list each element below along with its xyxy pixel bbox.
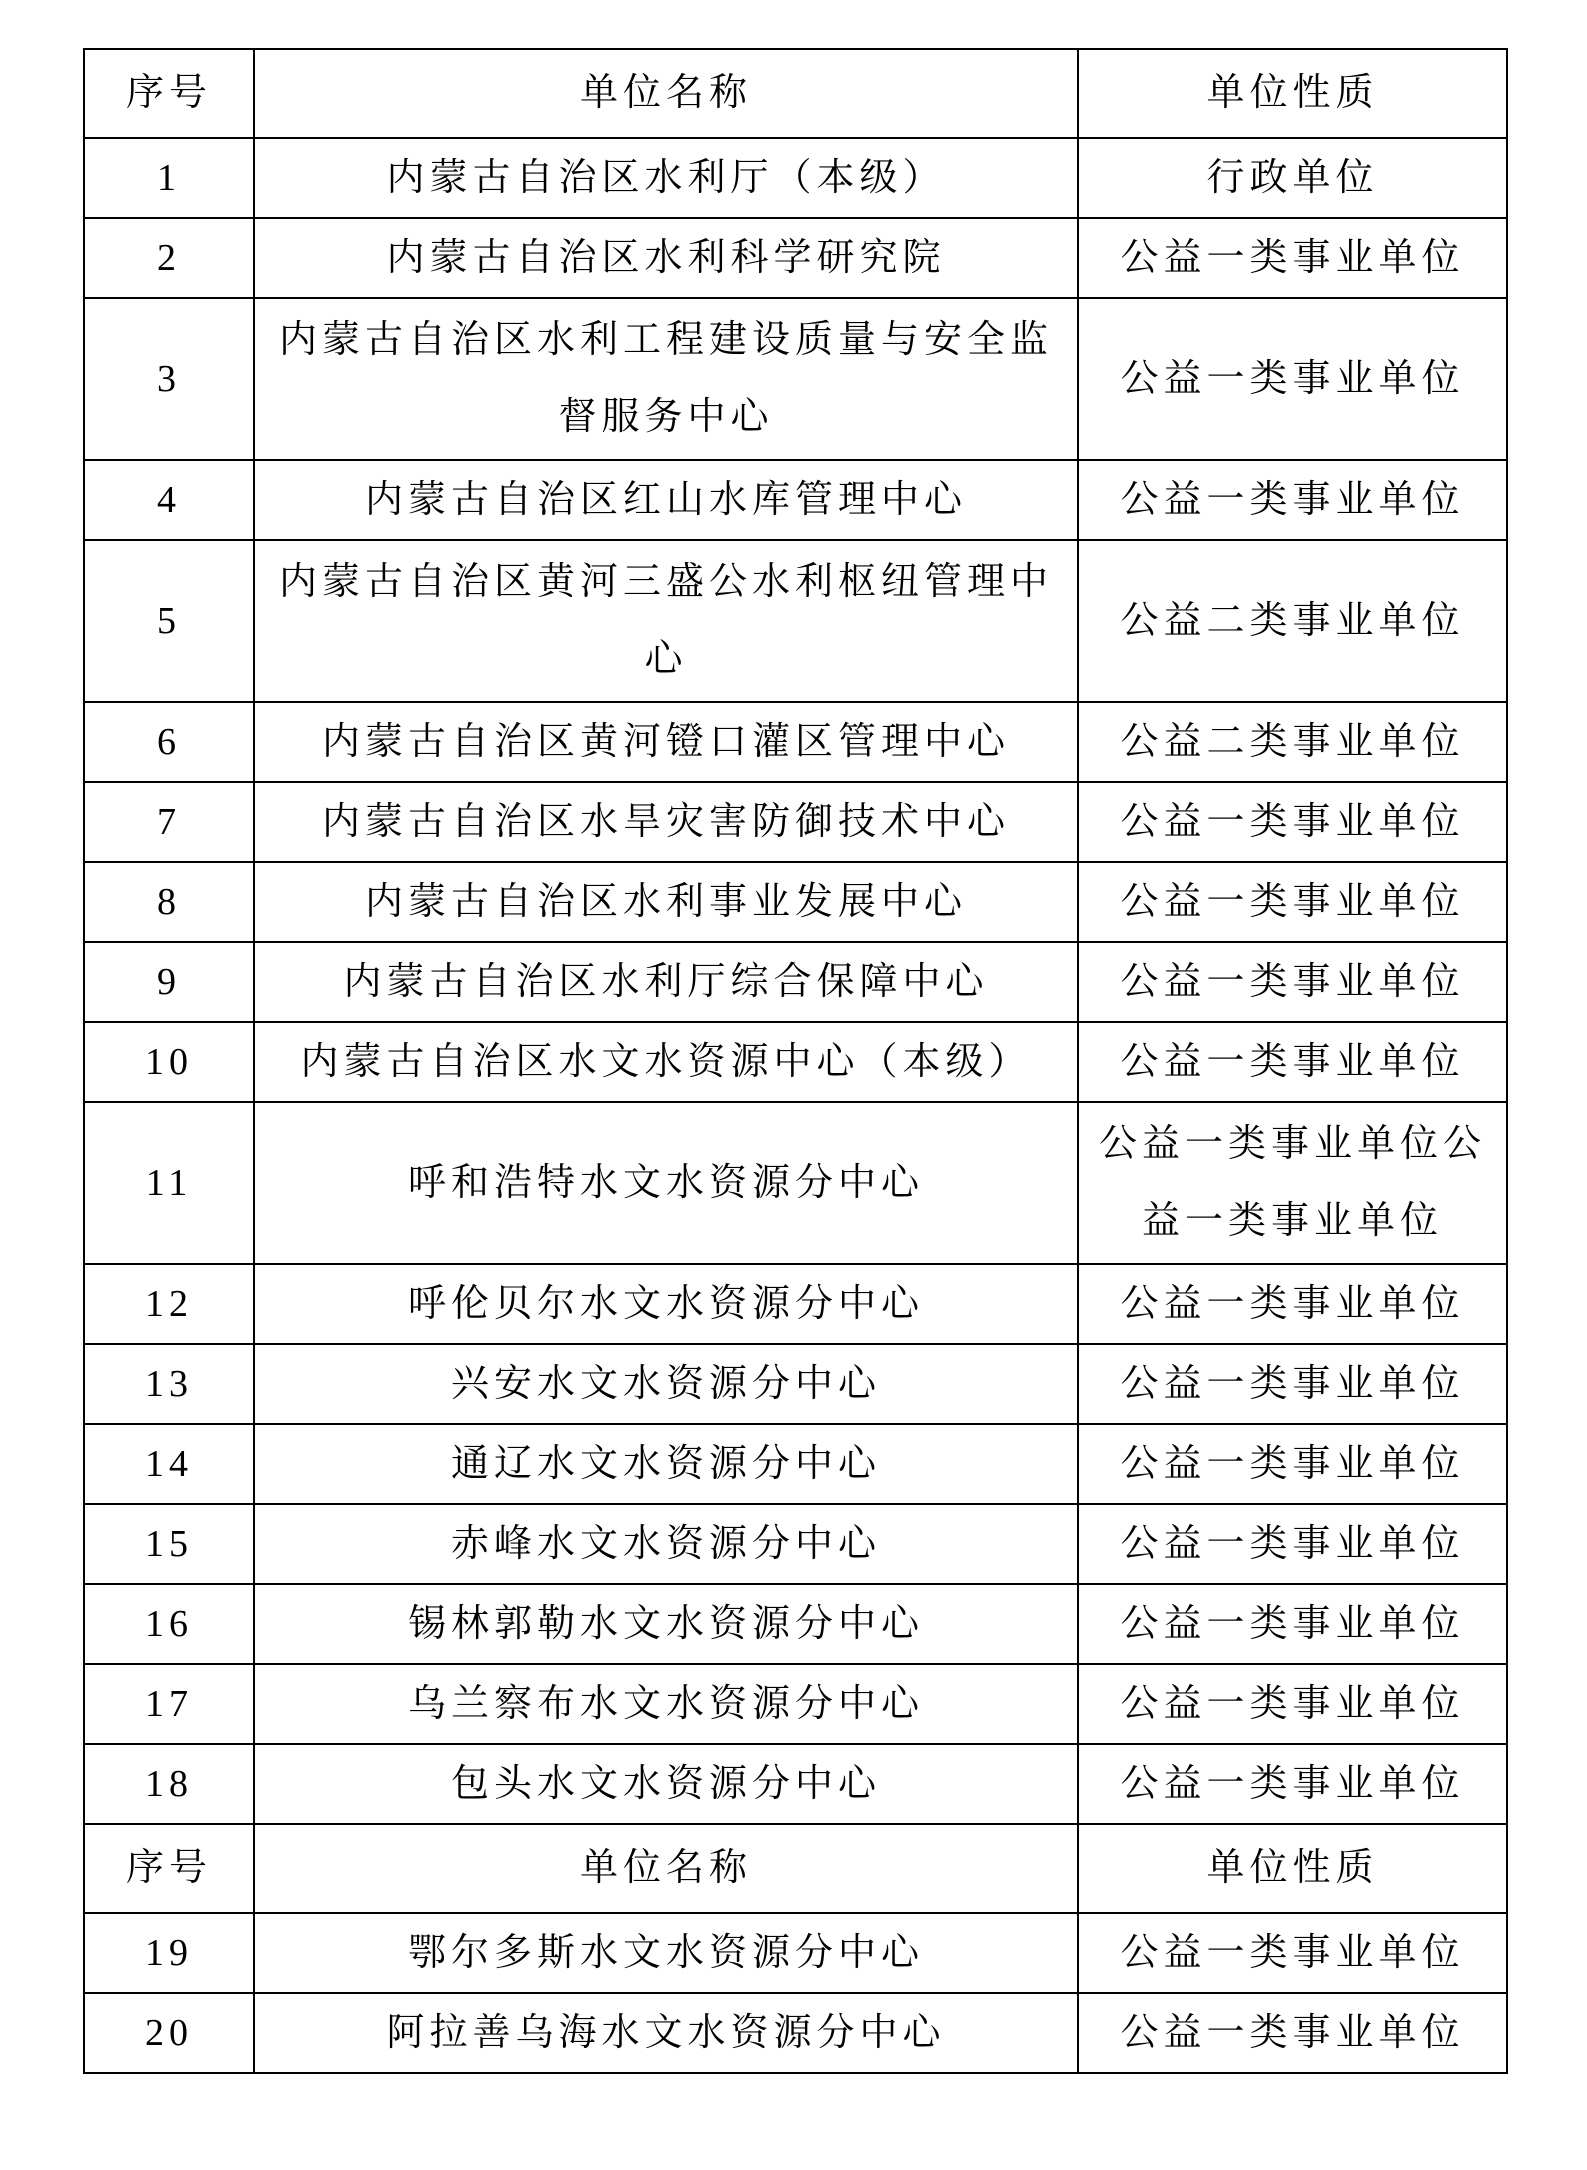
- cell-no: 10: [84, 1022, 254, 1102]
- cell-name: 锡林郭勒水文水资源分中心: [254, 1584, 1078, 1664]
- cell-no: 4: [84, 460, 254, 540]
- cell-no: 20: [84, 1993, 254, 2073]
- units-table: 序号单位名称单位性质1内蒙古自治区水利厅（本级）行政单位2内蒙古自治区水利科学研…: [83, 48, 1508, 2074]
- table-row: 5内蒙古自治区黄河三盛公水利枢纽管理中 心公益二类事业单位: [84, 540, 1507, 702]
- cell-nature: 公益一类事业单位: [1078, 1913, 1507, 1993]
- header-cell-name: 单位名称: [254, 49, 1078, 138]
- table-row: 19鄂尔多斯水文水资源分中心公益一类事业单位: [84, 1913, 1507, 1993]
- cell-nature: 公益一类事业单位: [1078, 1504, 1507, 1584]
- cell-name: 内蒙古自治区水利厅综合保障中心: [254, 942, 1078, 1022]
- table-row: 9内蒙古自治区水利厅综合保障中心公益一类事业单位: [84, 942, 1507, 1022]
- cell-nature: 行政单位: [1078, 138, 1507, 218]
- cell-name: 赤峰水文水资源分中心: [254, 1504, 1078, 1584]
- header-cell-no: 序号: [84, 49, 254, 138]
- table-row: 7内蒙古自治区水旱灾害防御技术中心公益一类事业单位: [84, 782, 1507, 862]
- cell-no: 11: [84, 1102, 254, 1264]
- cell-no: 19: [84, 1913, 254, 1993]
- cell-nature: 公益一类事业单位: [1078, 1424, 1507, 1504]
- cell-no: 9: [84, 942, 254, 1022]
- cell-nature: 公益一类事业单位: [1078, 218, 1507, 298]
- cell-no: 2: [84, 218, 254, 298]
- cell-name: 内蒙古自治区水利事业发展中心: [254, 862, 1078, 942]
- cell-nature: 公益一类事业单位: [1078, 1344, 1507, 1424]
- cell-name: 包头水文水资源分中心: [254, 1744, 1078, 1824]
- cell-no: 13: [84, 1344, 254, 1424]
- cell-name: 乌兰察布水文水资源分中心: [254, 1664, 1078, 1744]
- cell-name: 通辽水文水资源分中心: [254, 1424, 1078, 1504]
- cell-nature: 公益一类事业单位: [1078, 1022, 1507, 1102]
- cell-nature: 公益一类事业单位: [1078, 460, 1507, 540]
- cell-name: 阿拉善乌海水文水资源分中心: [254, 1993, 1078, 2073]
- cell-nature: 公益一类事业单位: [1078, 1584, 1507, 1664]
- cell-nature: 公益一类事业单位: [1078, 782, 1507, 862]
- cell-name: 内蒙古自治区红山水库管理中心: [254, 460, 1078, 540]
- table-row: 17乌兰察布水文水资源分中心公益一类事业单位: [84, 1664, 1507, 1744]
- cell-name: 内蒙古自治区水利工程建设质量与安全监 督服务中心: [254, 298, 1078, 460]
- table-row: 4内蒙古自治区红山水库管理中心公益一类事业单位: [84, 460, 1507, 540]
- table-row: 12呼伦贝尔水文水资源分中心公益一类事业单位: [84, 1264, 1507, 1344]
- cell-nature: 公益一类事业单位: [1078, 1264, 1507, 1344]
- table-row: 8内蒙古自治区水利事业发展中心公益一类事业单位: [84, 862, 1507, 942]
- table-row: 15赤峰水文水资源分中心公益一类事业单位: [84, 1504, 1507, 1584]
- table-row: 6内蒙古自治区黄河镫口灌区管理中心公益二类事业单位: [84, 702, 1507, 782]
- cell-no: 6: [84, 702, 254, 782]
- header-cell-no: 序号: [84, 1824, 254, 1913]
- table-row: 18包头水文水资源分中心公益一类事业单位: [84, 1744, 1507, 1824]
- cell-name: 内蒙古自治区水旱灾害防御技术中心: [254, 782, 1078, 862]
- cell-name: 内蒙古自治区黄河镫口灌区管理中心: [254, 702, 1078, 782]
- cell-name: 内蒙古自治区水文水资源中心（本级）: [254, 1022, 1078, 1102]
- cell-nature: 公益一类事业单位: [1078, 942, 1507, 1022]
- cell-name: 鄂尔多斯水文水资源分中心: [254, 1913, 1078, 1993]
- cell-no: 7: [84, 782, 254, 862]
- header-cell-nature: 单位性质: [1078, 1824, 1507, 1913]
- header-cell-nature: 单位性质: [1078, 49, 1507, 138]
- cell-no: 3: [84, 298, 254, 460]
- cell-name: 内蒙古自治区黄河三盛公水利枢纽管理中 心: [254, 540, 1078, 702]
- cell-no: 18: [84, 1744, 254, 1824]
- cell-nature: 公益一类事业单位公 益一类事业单位: [1078, 1102, 1507, 1264]
- cell-nature: 公益二类事业单位: [1078, 702, 1507, 782]
- table-row: 16锡林郭勒水文水资源分中心公益一类事业单位: [84, 1584, 1507, 1664]
- table-row: 1内蒙古自治区水利厅（本级）行政单位: [84, 138, 1507, 218]
- cell-nature: 公益一类事业单位: [1078, 1993, 1507, 2073]
- table-row: 3内蒙古自治区水利工程建设质量与安全监 督服务中心公益一类事业单位: [84, 298, 1507, 460]
- cell-nature: 公益二类事业单位: [1078, 540, 1507, 702]
- cell-no: 15: [84, 1504, 254, 1584]
- table-row: 13兴安水文水资源分中心公益一类事业单位: [84, 1344, 1507, 1424]
- table-row: 20阿拉善乌海水文水资源分中心公益一类事业单位: [84, 1993, 1507, 2073]
- table-row: 11呼和浩特水文水资源分中心公益一类事业单位公 益一类事业单位: [84, 1102, 1507, 1264]
- header-row-2: 序号单位名称单位性质: [84, 1824, 1507, 1913]
- cell-no: 1: [84, 138, 254, 218]
- cell-no: 5: [84, 540, 254, 702]
- cell-no: 12: [84, 1264, 254, 1344]
- cell-name: 兴安水文水资源分中心: [254, 1344, 1078, 1424]
- cell-name: 内蒙古自治区水利厅（本级）: [254, 138, 1078, 218]
- cell-name: 内蒙古自治区水利科学研究院: [254, 218, 1078, 298]
- cell-nature: 公益一类事业单位: [1078, 298, 1507, 460]
- cell-no: 14: [84, 1424, 254, 1504]
- table-row: 2内蒙古自治区水利科学研究院公益一类事业单位: [84, 218, 1507, 298]
- cell-nature: 公益一类事业单位: [1078, 1744, 1507, 1824]
- header-row-1: 序号单位名称单位性质: [84, 49, 1507, 138]
- cell-no: 16: [84, 1584, 254, 1664]
- cell-name: 呼和浩特水文水资源分中心: [254, 1102, 1078, 1264]
- header-cell-name: 单位名称: [254, 1824, 1078, 1913]
- cell-no: 8: [84, 862, 254, 942]
- cell-no: 17: [84, 1664, 254, 1744]
- table-row: 10内蒙古自治区水文水资源中心（本级）公益一类事业单位: [84, 1022, 1507, 1102]
- table-row: 14通辽水文水资源分中心公益一类事业单位: [84, 1424, 1507, 1504]
- cell-nature: 公益一类事业单位: [1078, 1664, 1507, 1744]
- cell-name: 呼伦贝尔水文水资源分中心: [254, 1264, 1078, 1344]
- cell-nature: 公益一类事业单位: [1078, 862, 1507, 942]
